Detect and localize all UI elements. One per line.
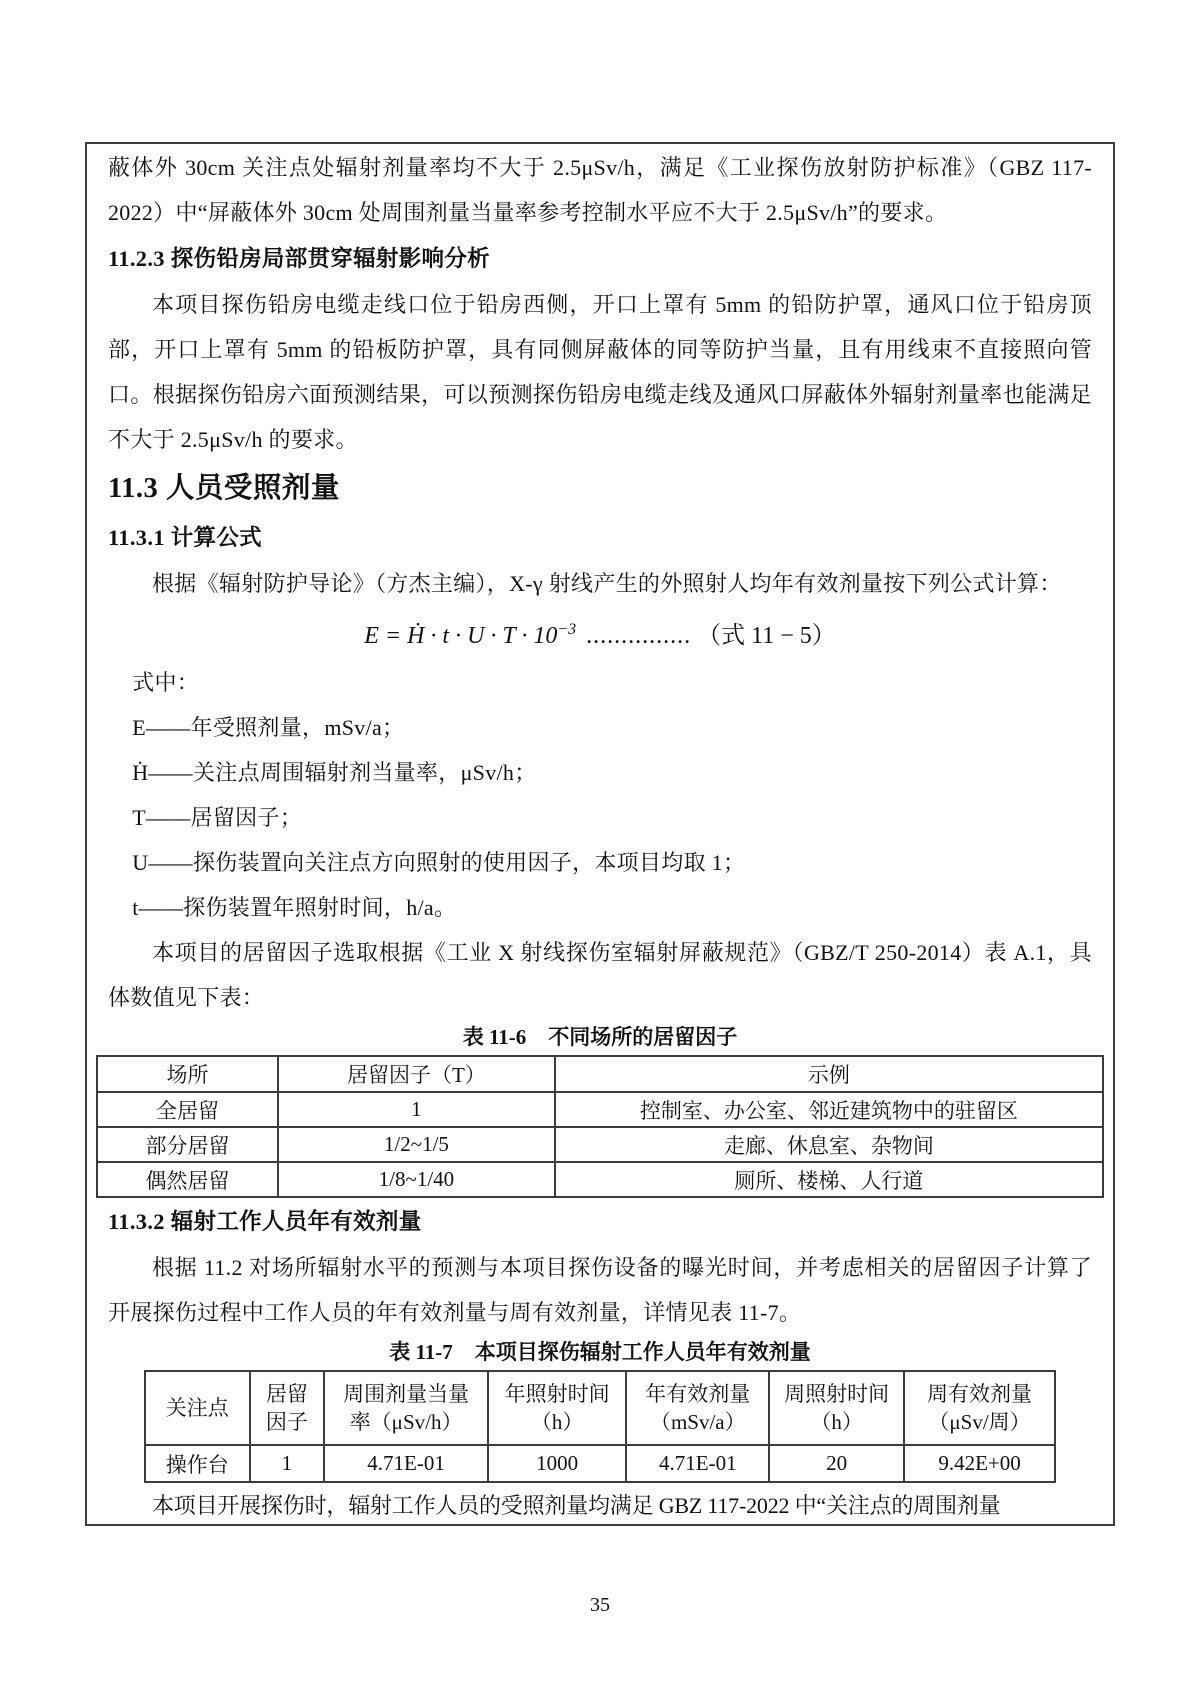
table-11-7-caption: 表 11-7本项目探伤辐射工作人员年有效剂量 <box>96 1336 1104 1369</box>
t6-cell: 部分居留 <box>97 1127 278 1162</box>
definition-U: U——探伤装置向关注点方向照射的使用因子，本项目均取 1； <box>108 840 1092 885</box>
t7-cell: 4.71E-01 <box>324 1445 488 1482</box>
content-border-box: 蔽体外 30cm 关注点处辐射剂量率均不大于 2.5μSv/h，满足《工业探伤放… <box>85 142 1115 1526</box>
paragraph-lead-room-analysis: 本项目探伤铅房电缆走线口位于铅房西侧，开口上罩有 5mm 的铅防护罩，通风口位于… <box>108 282 1092 462</box>
t7-header-annual-time: 年照射时间 （h） <box>488 1371 626 1445</box>
formula-exponent: −3 <box>557 621 576 638</box>
heading-11-2-3: 11.2.3 探伤铅房局部贯穿辐射影响分析 <box>108 235 1092 282</box>
table-row: 偶然居留 1/8~1/40 厕所、楼梯、人行道 <box>97 1162 1103 1197</box>
table-row: 全居留 1 控制室、办公室、邻近建筑物中的驻留区 <box>97 1092 1103 1127</box>
paragraph-formula-intro: 根据《辐射防护导论》（方杰主编），X-γ 射线产生的外照射人均年有效剂量按下列公… <box>108 561 1092 606</box>
t7-header-weekly-time: 周照射时间 （h） <box>769 1371 904 1445</box>
definition-Hdot: Ḣ——关注点周围辐射剂当量率，μSv/h； <box>108 750 1092 795</box>
t7-header-dose-rate: 周围剂量当量 率（μSv/h） <box>324 1371 488 1445</box>
definition-t: t——探伤装置年照射时间，h/a。 <box>108 885 1092 930</box>
paragraph-closing: 本项目开展探伤时，辐射工作人员的受照剂量均满足 GBZ 117-2022 中“关… <box>108 1484 1092 1526</box>
table-11-6-title: 不同场所的居留因子 <box>548 1025 737 1049</box>
formula-leader-dots: ............... <box>586 623 691 649</box>
t7-cell: 操作台 <box>145 1445 250 1482</box>
t7-cell: 4.71E-01 <box>626 1445 769 1482</box>
page-number: 35 <box>0 1594 1200 1617</box>
definition-E: E——年受照剂量，mSv/a； <box>108 705 1092 750</box>
table-11-6-caption: 表 11-6不同场所的居留因子 <box>96 1021 1104 1054</box>
t6-header-factor: 居留因子（T） <box>278 1056 555 1092</box>
t7-cell: 9.42E+00 <box>904 1445 1055 1482</box>
table-row: 操作台 1 4.71E-01 1000 4.71E-01 20 9.42E+00 <box>145 1445 1055 1482</box>
t7-cell: 20 <box>769 1445 904 1482</box>
paragraph-worker-dose: 根据 11.2 对场所辐射水平的预测与本项目探伤设备的曝光时间，并考虑相关的居留… <box>108 1245 1092 1335</box>
table-11-6: 场所 居留因子（T） 示例 全居留 1 控制室、办公室、邻近建筑物中的驻留区 部… <box>96 1055 1104 1198</box>
t6-cell: 偶然居留 <box>97 1162 278 1197</box>
t7-header-annual-dose: 年有效剂量 （mSv/a） <box>626 1371 769 1445</box>
t7-cell: 1000 <box>488 1445 626 1482</box>
table-row: 部分居留 1/2~1/5 走廊、休息室、杂物间 <box>97 1127 1103 1162</box>
t6-cell: 1/2~1/5 <box>278 1127 555 1162</box>
t6-cell: 1 <box>278 1092 555 1127</box>
formula-where-label: 式中： <box>108 660 1092 705</box>
t6-cell: 控制室、办公室、邻近建筑物中的驻留区 <box>555 1092 1103 1127</box>
t6-cell: 1/8~1/40 <box>278 1162 555 1197</box>
formula-body: E = Ḣ · t · U · T · 10 <box>364 623 557 649</box>
heading-11-3-1: 11.3.1 计算公式 <box>108 514 1092 561</box>
table-11-6-label: 表 11-6 <box>463 1025 527 1049</box>
t6-header-example: 示例 <box>555 1056 1103 1092</box>
t7-header-residency-factor: 居留 因子 <box>250 1371 325 1445</box>
definition-T: T——居留因子； <box>108 795 1092 840</box>
table-11-7-label: 表 11-7 <box>389 1340 453 1364</box>
paragraph-residency-factor: 本项目的居留因子选取根据《工业 X 射线探伤室辐射屏蔽规范》（GBZ/T 250… <box>108 930 1092 1020</box>
table-11-7-title: 本项目探伤辐射工作人员年有效剂量 <box>475 1340 811 1364</box>
table-row: 场所 居留因子（T） 示例 <box>97 1056 1103 1092</box>
t7-header-point: 关注点 <box>145 1371 250 1445</box>
heading-11-3-2: 11.3.2 辐射工作人员年有效剂量 <box>108 1198 1092 1245</box>
formula-equation-ref: （式 11 − 5） <box>697 623 836 649</box>
t6-header-place: 场所 <box>97 1056 278 1092</box>
table-11-7: 关注点 居留 因子 周围剂量当量 率（μSv/h） 年照射时间 （h） 年有效剂… <box>144 1370 1056 1483</box>
t7-header-weekly-dose: 周有效剂量 （μSv/周） <box>904 1371 1055 1445</box>
t7-cell: 1 <box>250 1445 325 1482</box>
t6-cell: 厕所、楼梯、人行道 <box>555 1162 1103 1197</box>
t6-cell: 全居留 <box>97 1092 278 1127</box>
formula-11-5: E = Ḣ · t · U · T · 10−3...............（… <box>96 606 1104 660</box>
t6-cell: 走廊、休息室、杂物间 <box>555 1127 1103 1162</box>
paragraph-shielding-requirement: 蔽体外 30cm 关注点处辐射剂量率均不大于 2.5μSv/h，满足《工业探伤放… <box>108 145 1092 235</box>
heading-11-3: 11.3 人员受照剂量 <box>108 464 1092 514</box>
table-row: 关注点 居留 因子 周围剂量当量 率（μSv/h） 年照射时间 （h） 年有效剂… <box>145 1371 1055 1445</box>
document-page: 蔽体外 30cm 关注点处辐射剂量率均不大于 2.5μSv/h，满足《工业探伤放… <box>0 0 1200 1697</box>
